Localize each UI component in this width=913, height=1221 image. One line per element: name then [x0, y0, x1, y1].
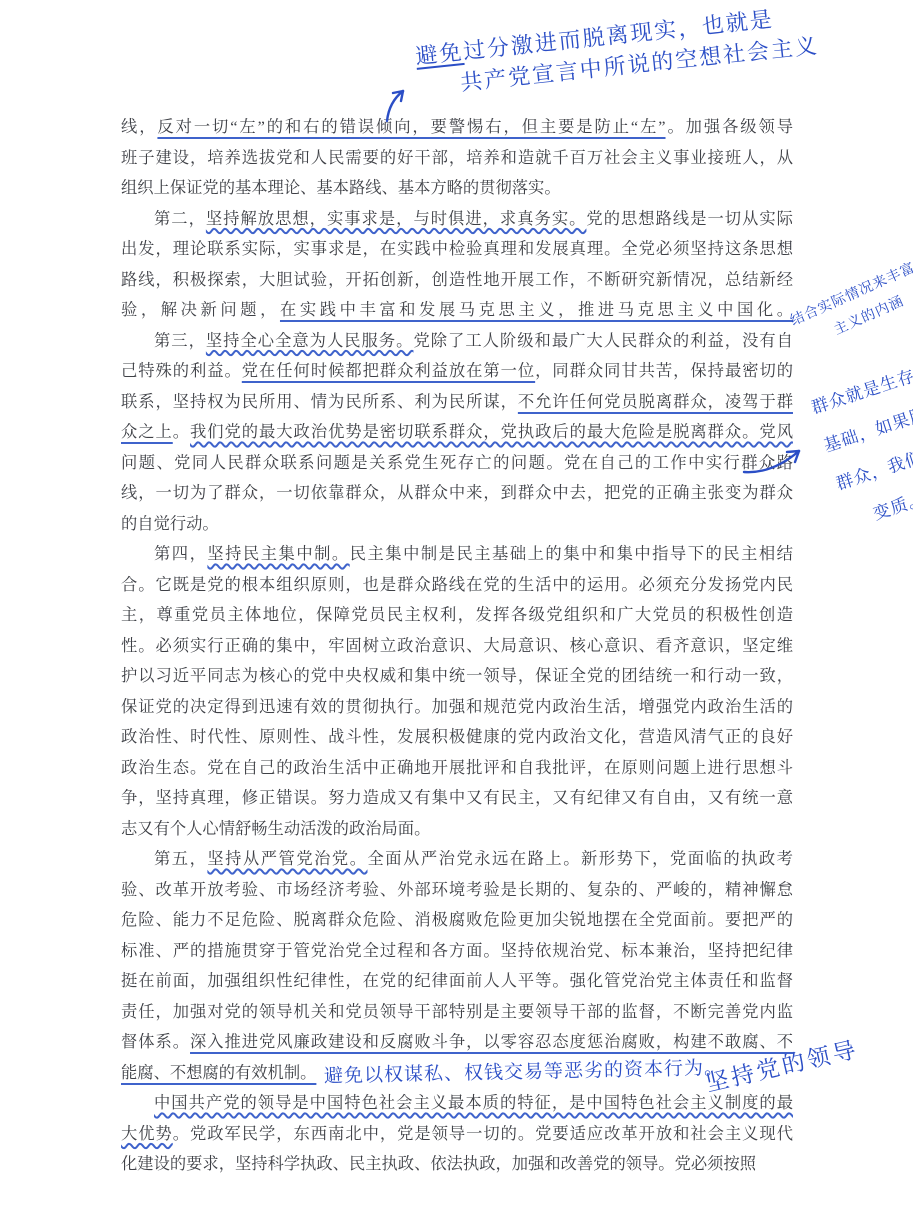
printed-text: 督体系。 [121, 1032, 190, 1051]
printed-text: 。加强各级领导 [666, 117, 793, 136]
underlined-text: 众之上 [121, 422, 173, 441]
underlined-text: 反对一切“左”的和右的错误倾向，要警惕右，但主要是防止“左” [157, 117, 665, 136]
handwritten-inline-note: 避免以权谋私、权钱交易等恶劣的资本行为。 [324, 1058, 724, 1085]
text-line: 性。必须实行正确的集中，牢固树立政治意识、大局意识、核心意识、看齐意识，坚定维 [121, 631, 793, 662]
printed-text: 化建设的要求，坚持科学执政、民主执政、依法执政，加强和改善党的领导。党必须按照 [121, 1154, 756, 1173]
printed-text: 。党政军民学，东西南北中，党是领导一切的。党要适应改革开放和社会主义现代 [173, 1124, 793, 1143]
printed-text: 验，解决新问题， [121, 300, 280, 319]
printed-text: 合。它既是党的根本组织原则，也是群众路线在党的生活中的运用。必须充分发扬党内民 [121, 575, 793, 594]
text-line: 线，反对一切“左”的和右的错误倾向，要警惕右，但主要是防止“左”。加强各级领导 [121, 112, 793, 143]
text-line: 中国共产党的领导是中国特色社会主义最本质的特征，是中国特色社会主义制度的最 [121, 1088, 793, 1119]
wavy-underlined-text: 我们党的最大政治优势是密切联系群众，党执政后的最大危险是脱离群众。党风 [190, 422, 793, 441]
text-line: 危险、能力不足危险、脱离群众危险、消极腐败危险更加尖锐地摆在全党面前。要把严的 [121, 905, 793, 936]
text-line: 第五，坚持从严管党治党。全面从严治党永远在路上。新形势下，党面临的执政考 [121, 844, 793, 875]
text-line: 班子建设，培养选拔党和人民需要的好干部，培养和造就千百万社会主义事业接班人，从 [121, 143, 793, 174]
printed-text: 第二， [154, 209, 206, 228]
printed-text: 问题、党同人民群众联系问题是关系党生死存亡的问题。党在自己的工作中实行群众路 [121, 453, 793, 472]
printed-text: 。 [173, 422, 190, 441]
arrowhead-stroke [795, 451, 799, 462]
printed-text: 主，尊重党员主体地位，保障党员民主权利，发挥各级党组织和广大党员的积极性创造 [121, 605, 793, 624]
arrowhead-stroke [401, 91, 403, 101]
wavy-underlined-text: 坚持民主集中制。 [207, 544, 349, 563]
printed-text: 党除了工人阶级和最广大人民群众的利益，没有自 [413, 331, 793, 350]
text-line: 验，解决新问题，在实践中丰富和发展马克思主义，推进马克思主义中国化。 [121, 295, 793, 326]
printed-text: 线，一切为了群众，一切依靠群众，从群众中来，到群众中去，把党的正确主张变为群众 [121, 483, 793, 502]
wavy-underlined-text: 坚持解放思想，实事求是，与时俱进，求真务实。 [206, 209, 587, 228]
printed-text: 班子建设，培养选拔党和人民需要的好干部，培养和造就千百万社会主义事业接班人，从 [121, 148, 793, 167]
text-line: 挺在前面，加强组织性纪律性，在党的纪律面前人人平等。强化管党治党主体责任和监督 [121, 966, 793, 997]
printed-text: 线， [121, 117, 157, 136]
handwritten-note-masses: 群众就是生存的 基础，如果脱离 群众，我们党就会 变质。 [806, 346, 913, 543]
printed-text: 争，坚持真理，修正错误。努力造成又有集中又有民主，又有纪律又有自由，又有统一意 [121, 788, 793, 807]
printed-text: 路线，积极探索，大胆试验，开拓创新，创造性地开展工作，不断研究新情况，总结新经 [121, 270, 793, 289]
text-line: 督体系。深入推进党风廉政建设和反腐败斗争，以零容忍态度惩治腐败，构建不敢腐、不 [121, 1027, 793, 1058]
printed-text: ，同群众同甘共苦，保持最密切的 [535, 361, 793, 380]
text-line: 志又有个人心情舒畅生动活泼的政治局面。 [121, 814, 793, 845]
handwritten-note-marxism: 结合实际情况来丰富马克思 主义的内涵 [786, 237, 913, 358]
printed-text: 组织上保证党的基本理论、基本路线、基本方略的贯彻落实。 [121, 178, 561, 197]
printed-text: 的自觉行动。 [121, 514, 219, 533]
printed-text: 保证党的决定得到迅速有效的贯彻执行。加强和规范党内政治生活，增强党内政治生活的 [121, 697, 793, 716]
text-line: 第二，坚持解放思想，实事求是，与时俱进，求真务实。党的思想路线是一切从实际 [121, 204, 793, 235]
printed-text: 责任，加强对党的领导机关和党员领导干部特别是主要领导干部的监督，不断完善党内监 [121, 1002, 793, 1021]
printed-text: 危险、能力不足危险、脱离群众危险、消极腐败危险更加尖锐地摆在全党面前。要把严的 [121, 910, 793, 929]
text-line: 组织上保证党的基本理论、基本路线、基本方略的贯彻落实。 [121, 173, 793, 204]
printed-text: 性。必须实行正确的集中，牢固树立政治意识、大局意识、核心意识、看齐意识，坚定维 [121, 636, 793, 655]
text-line: 主，尊重党员主体地位，保障党员民主权利，发挥各级党组织和广大党员的积极性创造 [121, 600, 793, 631]
handwritten-note-top: 避免过分激进而脱离现实，也就是 共产党宣言中所说的空想社会主义 [414, 0, 820, 104]
underlined-text: 深入推进党风廉政建设和反腐败斗争，以零容忍态度惩治腐败，构建不敢腐、不 [190, 1032, 793, 1051]
underlined-text: 党在任何时候都把群众利益放在第一位 [242, 361, 535, 380]
text-line: 政治性、时代性、原则性、战斗性，发展积极健康的党内政治文化，营造风清气正的良好 [121, 722, 793, 753]
text-line: 验、改革开放考验、市场经济考验、外部环境考验是长期的、复杂的、严峻的，精神懈怠 [121, 875, 793, 906]
text-line: 大优势。党政军民学，东西南北中，党是领导一切的。党要适应改革开放和社会主义现代 [121, 1119, 793, 1150]
document-text: 线，反对一切“左”的和右的错误倾向，要警惕右，但主要是防止“左”。加强各级领导班… [121, 112, 793, 1180]
printed-text: 第三， [154, 331, 206, 350]
printed-text: 政治性、时代性、原则性、战斗性，发展积极健康的党内政治文化，营造风清气正的良好 [121, 727, 793, 746]
text-line: 合。它既是党的根本组织原则，也是群众路线在党的生活中的运用。必须充分发扬党内民 [121, 570, 793, 601]
text-line: 联系，坚持权为民所用、情为民所系、利为民所谋，不允许任何党员脱离群众，凌驾于群 [121, 387, 793, 418]
text-line: 责任，加强对党的领导机关和党员领导干部特别是主要领导干部的监督，不断完善党内监 [121, 997, 793, 1028]
printed-text: 护以习近平同志为核心的党中央权威和集中统一领导，保证全党的团结统一和行动一致， [121, 666, 793, 685]
text-line: 线，一切为了群众，一切依靠群众，从群众中来，到群众中去，把党的正确主张变为群众 [121, 478, 793, 509]
text-line: 第三，坚持全心全意为人民服务。党除了工人阶级和最广大人民群众的利益，没有自 [121, 326, 793, 357]
text-line: 政治生态。党在自己的政治生活中正确地开展批评和自我批评，在原则问题上进行思想斗 [121, 753, 793, 784]
text-line: 化建设的要求，坚持科学执政、民主执政、依法执政，加强和改善党的领导。党必须按照 [121, 1149, 793, 1180]
printed-text: 全面从严治党永远在路上。新形势下，党面临的执政考 [368, 849, 793, 868]
wavy-underlined-text: 坚持从严管党治党。 [207, 849, 367, 868]
printed-text: 联系，坚持权为民所用、情为民所系、利为民所谋， [121, 392, 518, 411]
text-line: 己特殊的利益。党在任何时候都把群众利益放在第一位，同群众同甘共苦，保持最密切的 [121, 356, 793, 387]
printed-text: 第五， [154, 849, 207, 868]
text-line: 能腐、不想腐的有效机制。避免以权谋私、权钱交易等恶劣的资本行为。 [121, 1058, 793, 1089]
text-line: 保证党的决定得到迅速有效的贯彻执行。加强和规范党内政治生活，增强党内政治生活的 [121, 692, 793, 723]
text-line: 众之上。我们党的最大政治优势是密切联系群众，党执政后的最大危险是脱离群众。党风 [121, 417, 793, 448]
arrowhead-stroke [393, 91, 403, 93]
text-line: 的自觉行动。 [121, 509, 793, 540]
text-line: 第四，坚持民主集中制。民主集中制是民主基础上的集中和集中指导下的民主相结 [121, 539, 793, 570]
note-underlined-word: 避免 [414, 40, 464, 70]
scanned-document-page: { "colors": { "ink_blue": "#2b4ec6", "un… [0, 0, 913, 1221]
text-line: 争，坚持真理，修正错误。努力造成又有集中又有民主，又有纪律又有自由，又有统一意 [121, 783, 793, 814]
underlined-text: 不允许任何党员脱离群众，凌驾于群 [518, 392, 793, 411]
text-line: 出发，理论联系实际，实事求是，在实践中检验真理和发展真理。全党必须坚持这条思想 [121, 234, 793, 265]
printed-text: 验、改革开放考验、市场经济考验、外部环境考验是长期的、复杂的、严峻的，精神懈怠 [121, 880, 793, 899]
text-line: 标准、严的措施贯穿于管党治党全过程和各方面。坚持依规治党、标本兼治，坚持把纪律 [121, 936, 793, 967]
underlined-text: 在实践中丰富和发展马克思主义，推进马克思主义中国化。 [280, 300, 793, 319]
printed-text: 党的思想路线是一切从实际 [586, 209, 793, 228]
printed-text: 己特殊的利益。 [121, 361, 242, 380]
printed-text: 政治生态。党在自己的政治生活中正确地开展批评和自我批评，在原则问题上进行思想斗 [121, 758, 793, 777]
printed-text: 出发，理论联系实际，实事求是，在实践中检验真理和发展真理。全党必须坚持这条思想 [121, 239, 793, 258]
printed-text: 挺在前面，加强组织性纪律性，在党的纪律面前人人平等。强化管党治党主体责任和监督 [121, 971, 793, 990]
printed-text: 民主集中制是民主基础上的集中和集中指导下的民主相结 [350, 544, 793, 563]
wavy-underlined-text: 中国共产党的领导是中国特色社会主义最本质的特征，是中国特色社会主义制度的最 [154, 1093, 793, 1112]
wavy-underlined-text: 大优势 [121, 1124, 173, 1143]
underlined-text: 能腐、不想腐的有效机制。 [121, 1063, 316, 1082]
wavy-underlined-text: 坚持全心全意为人民服务。 [206, 331, 414, 350]
printed-text: 志又有个人心情舒畅生动活泼的政治局面。 [121, 819, 430, 838]
text-line: 问题、党同人民群众联系问题是关系党生死存亡的问题。党在自己的工作中实行群众路 [121, 448, 793, 479]
printed-text: 标准、严的措施贯穿于管党治党全过程和各方面。坚持依规治党、标本兼治，坚持把纪律 [121, 941, 793, 960]
text-line: 路线，积极探索，大胆试验，开拓创新，创造性地开展工作，不断研究新情况，总结新经 [121, 265, 793, 296]
text-line: 护以习近平同志为核心的党中央权威和集中统一领导，保证全党的团结统一和行动一致， [121, 661, 793, 692]
printed-text: 第四， [154, 544, 207, 563]
